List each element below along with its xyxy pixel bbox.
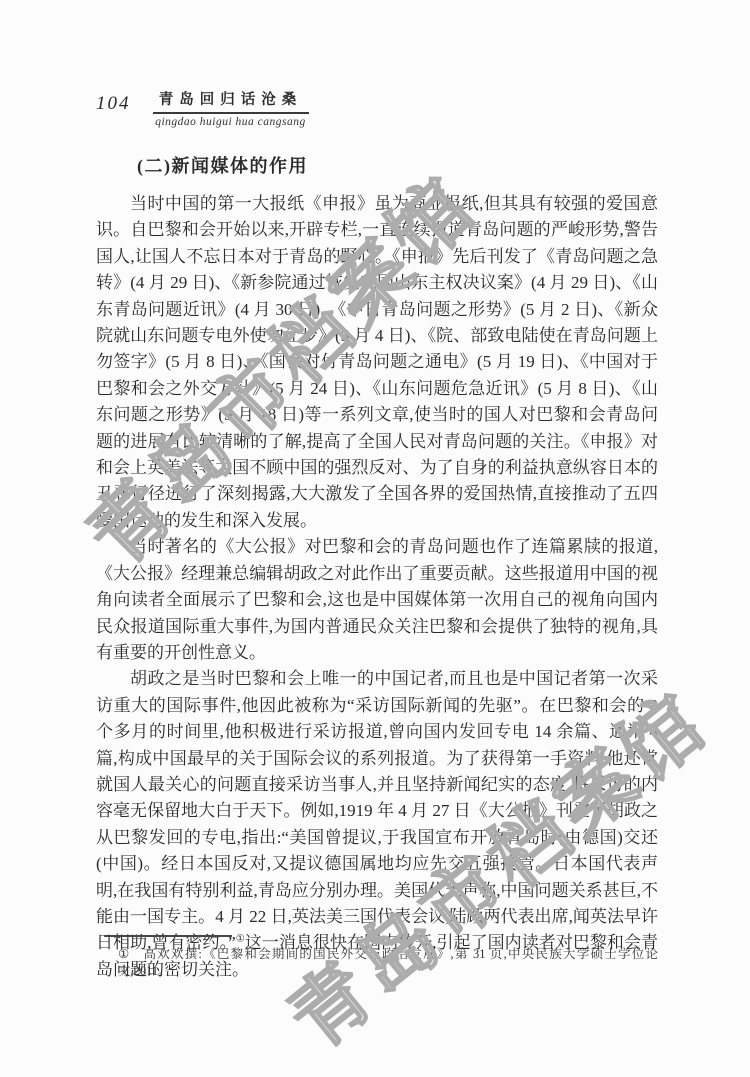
footnote-marker: ① [118,947,130,961]
footnote-text: 高欢欢撰:《巴黎和会期间的国民外交与政治发展》,第 31 页,中央民族大学硕士学… [118,947,658,978]
book-page: 青岛市档案馆 青岛市档案馆 104 青岛回归话沧桑 qingdao huigui… [0,0,750,1077]
paragraph-1: 当时中国的第一大报纸《申报》虽为商业报纸,但其具有较强的爱国意识。自巴黎和会开始… [96,191,658,534]
footnote: ①高欢欢撰:《巴黎和会期间的国民外交与政治发展》,第 31 页,中央民族大学硕士… [96,946,658,980]
paragraph-3-text: 胡政之是当时巴黎和会上唯一的中国记者,而且也是中国记者第一次采访重大的国际事件,… [96,669,658,952]
book-title-pinyin: qingdao huigui hua cangsang [153,114,309,128]
book-title-block: 青岛回归话沧桑 qingdao huigui hua cangsang [153,88,309,128]
section-heading: (二)新闻媒体的作用 [137,152,308,178]
page-number: 104 [96,93,131,115]
footnote-area: ①高欢欢撰:《巴黎和会期间的国民外交与政治发展》,第 31 页,中央民族大学硕士… [96,927,658,980]
book-title: 青岛回归话沧桑 [153,88,309,114]
body-text: 当时中国的第一大报纸《申报》虽为商业报纸,但其具有较强的爱国意识。自巴黎和会开始… [96,191,658,983]
paragraph-2: 当时著名的《大公报》对巴黎和会的青岛问题也作了连篇累牍的报道,《大公报》经理兼总… [96,534,658,666]
page-header: 104 青岛回归话沧桑 qingdao huigui hua cangsang [96,88,309,128]
footnote-separator-rule [104,935,232,937]
